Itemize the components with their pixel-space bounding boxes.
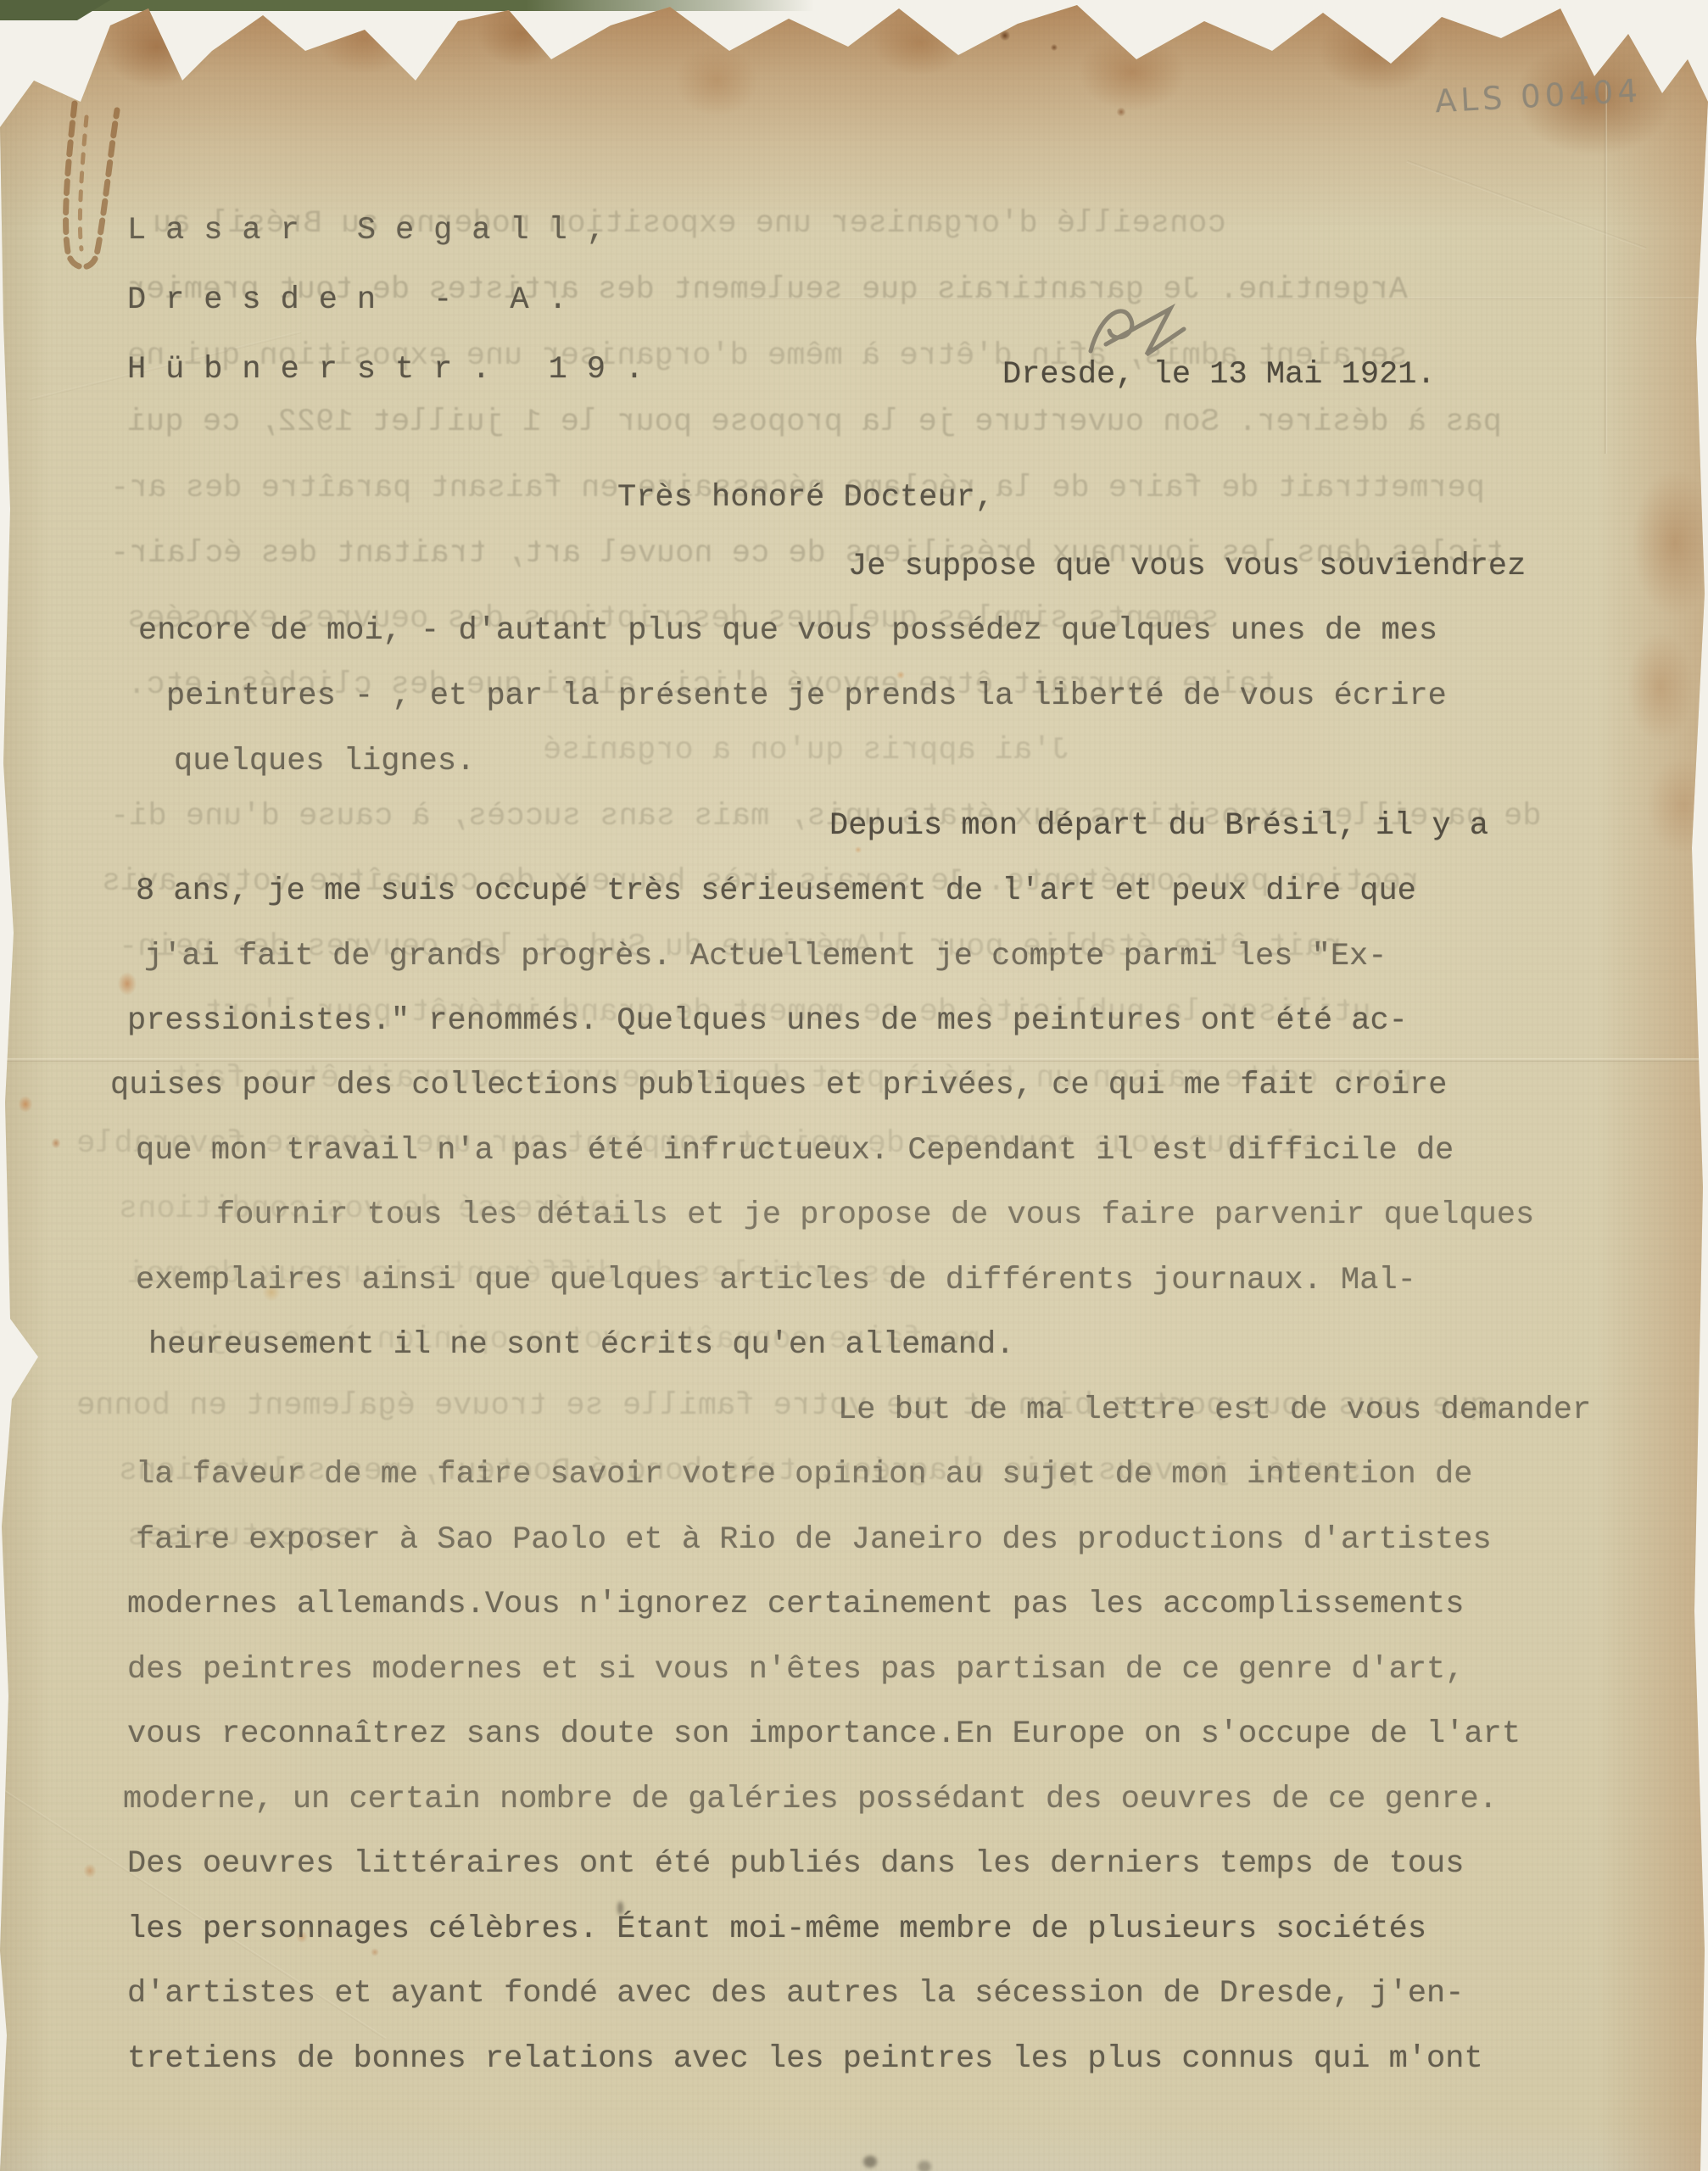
typed-line: d'artistes et ayant fondé avec des autre… (127, 1975, 1464, 2012)
bleedthrough-line: J'ai appris qu'on a organisé (543, 732, 1070, 769)
typed-line: Je suppose que vous vous souviendrez (848, 548, 1526, 585)
typed-line: Lasar Segall, (127, 212, 625, 249)
typed-line: heureusement il ne sont écrits qu'en all… (148, 1326, 1014, 1364)
typed-line: des peintres modernes et si vous n'êtes … (127, 1651, 1464, 1688)
typed-line: quelques lignes. (174, 743, 475, 780)
typed-line: la faveur de me faire savoir votre opini… (136, 1456, 1472, 1493)
letter-paper: conseillé d'organiser une exposition mod… (0, 0, 1708, 2171)
typed-line: modernes allemands.Vous n'ignorez certai… (127, 1586, 1464, 1623)
typed-line: Des oeuvres littéraires ont été publiés … (127, 1845, 1464, 1883)
typed-line: Hübnerstr. 19. (127, 351, 663, 388)
ink-smudge (863, 2156, 877, 2168)
typed-line: 8 ans, je me suis occupé très sérieuseme… (136, 873, 1416, 910)
typed-line: Dresde, le 13 Mai 1921. (1002, 356, 1436, 393)
crease-line (1605, 81, 1607, 454)
archive-number-pencil: ALS 00404 (1434, 73, 1643, 120)
typed-line: fournir tous les détails et je propose d… (216, 1197, 1534, 1234)
typed-line: pressionistes." renommés. Quelques unes … (127, 1002, 1408, 1040)
scanned-letter-page: conseillé d'organiser une exposition mod… (0, 0, 1708, 2171)
bleedthrough-line: pas à désirer. Son ouverture je la propo… (127, 404, 1502, 441)
paperclip-rust-stain-icon (42, 95, 144, 290)
typed-line: tretiens de bonnes relations avec les pe… (127, 2040, 1483, 2078)
typed-line: Dresden - A. (127, 282, 587, 319)
typed-line: que mon travail n'a pas été infructueux.… (136, 1132, 1454, 1169)
typed-line: exemplaires ainsi que quelques articles … (136, 1262, 1416, 1299)
typed-line: vous reconnaîtrez sans doute son importa… (127, 1716, 1521, 1753)
typed-line: quises pour des collections publiques et… (110, 1067, 1447, 1104)
typed-line: moderne, un certain nombre de galéries p… (123, 1781, 1498, 1818)
typed-line: j'ai fait de grands progrès. Actuellemen… (144, 938, 1387, 975)
backing-corner (0, 0, 110, 20)
typed-line: peintures - , et par la présente je pren… (166, 678, 1447, 715)
typed-line: Depuis mon départ du Brésil, il y a (829, 807, 1488, 845)
typed-line: Le but de ma lettre est de vous demander (838, 1392, 1591, 1429)
typed-line: faire exposer à Sao Paolo et à Rio de Ja… (136, 1521, 1492, 1559)
typed-line: Très honoré Docteur, (617, 479, 994, 516)
crease-line (1407, 160, 1647, 249)
backing-strip (0, 0, 814, 11)
typed-line: les personnages célèbres. Étant moi-même… (127, 1911, 1426, 1948)
typed-line: encore de moi, - d'autant plus que vous … (138, 612, 1437, 650)
ink-spot (617, 1901, 623, 1915)
ink-smudge (918, 2161, 931, 2171)
